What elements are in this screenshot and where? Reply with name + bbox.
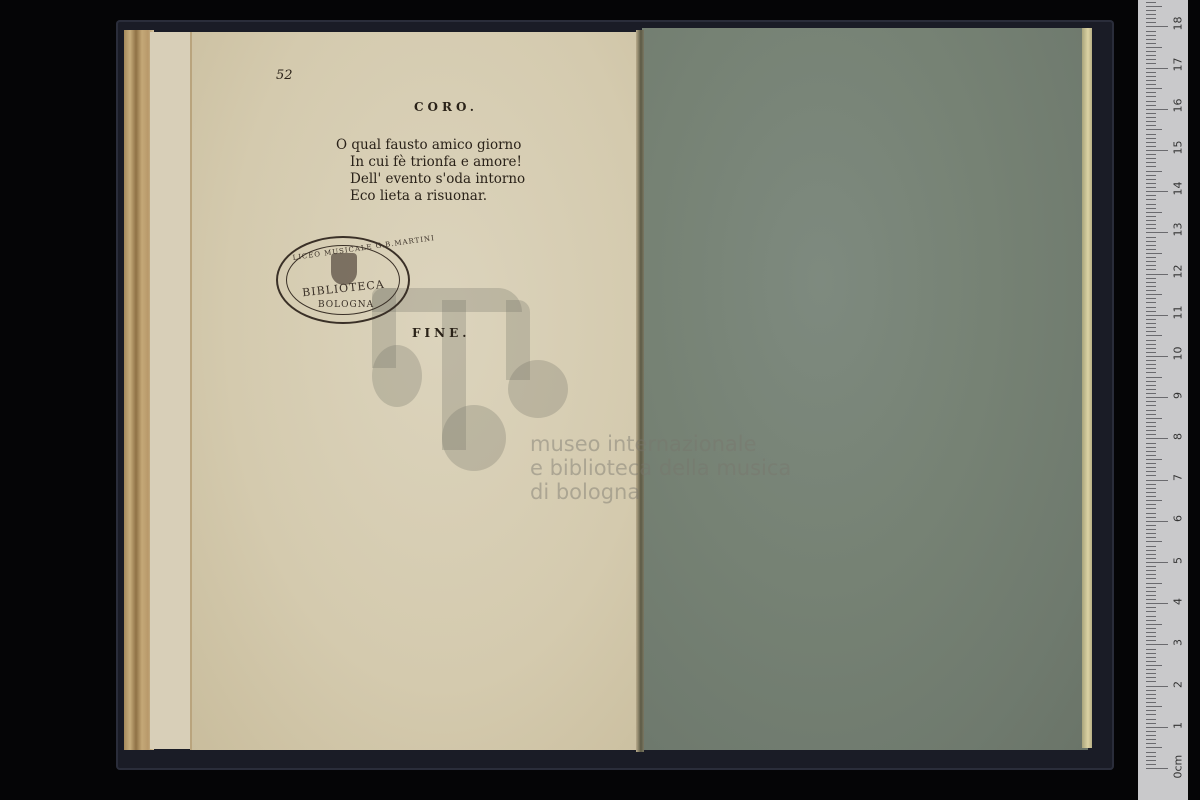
ruler-tick	[1146, 661, 1156, 662]
ruler-tick	[1146, 731, 1156, 732]
ruler-tick	[1146, 566, 1156, 567]
ruler-tick	[1146, 475, 1156, 476]
ruler-tick	[1146, 377, 1162, 378]
ruler-tick	[1146, 541, 1162, 542]
ruler-tick	[1146, 533, 1156, 534]
ruler-tick	[1146, 344, 1156, 345]
ruler-tick	[1146, 150, 1168, 151]
ruler-tick	[1146, 51, 1156, 52]
ruler-tick	[1146, 410, 1156, 411]
ruler-tick	[1146, 245, 1156, 246]
ruler-tick	[1146, 426, 1156, 427]
ruler-tick	[1146, 628, 1156, 629]
ruler-label: 1	[1172, 716, 1185, 736]
ruler-tick	[1146, 47, 1162, 48]
ruler-tick	[1146, 199, 1156, 200]
ruler-tick	[1146, 529, 1156, 530]
ruler-tick	[1146, 241, 1156, 242]
ruler-tick	[1146, 735, 1156, 736]
ruler-tick	[1146, 6, 1162, 7]
ruler-tick	[1146, 599, 1156, 600]
ruler-tick	[1146, 422, 1156, 423]
ruler-tick	[1146, 636, 1156, 637]
ruler-tick	[1146, 669, 1156, 670]
ruler-tick	[1146, 521, 1168, 522]
ruler-tick	[1146, 467, 1156, 468]
ruler-tick	[1146, 496, 1156, 497]
ruler-tick	[1146, 537, 1156, 538]
ruler-tick	[1146, 504, 1156, 505]
ending-text: FINE.	[412, 326, 470, 340]
ruler-tick	[1146, 175, 1156, 176]
ruler-tick	[1146, 113, 1156, 114]
ruler-label: 0cm	[1172, 759, 1185, 779]
ruler-tick	[1146, 191, 1168, 192]
ruler-tick	[1146, 488, 1156, 489]
right-page-edge	[1082, 28, 1092, 748]
ruler-label: 9	[1172, 386, 1185, 406]
ruler-tick	[1146, 166, 1156, 167]
ruler-tick	[1146, 649, 1156, 650]
ruler-tick	[1146, 513, 1156, 514]
ruler-tick	[1146, 232, 1168, 233]
ruler-label: 2	[1172, 675, 1185, 695]
ruler-tick	[1146, 595, 1156, 596]
ruler-tick	[1146, 743, 1156, 744]
ruler-tick	[1146, 389, 1156, 390]
ruler-tick	[1146, 298, 1156, 299]
ruler-tick	[1146, 764, 1156, 765]
ruler-tick	[1146, 14, 1156, 15]
ruler-label: 13	[1172, 220, 1185, 240]
ruler-tick	[1146, 195, 1156, 196]
ruler-tick	[1146, 26, 1168, 27]
ruler-tick	[1146, 368, 1156, 369]
section-heading: CORO.	[414, 100, 478, 114]
ruler-tick	[1146, 302, 1156, 303]
watermark-text: museo internazionale e biblioteca della …	[530, 432, 791, 504]
ruler-tick	[1146, 323, 1156, 324]
ruler-tick	[1146, 632, 1156, 633]
ruler-tick	[1146, 109, 1168, 110]
ruler-label: 6	[1172, 509, 1185, 529]
ruler-label: 15	[1172, 138, 1185, 158]
ruler-tick	[1146, 517, 1156, 518]
ruler-tick	[1146, 397, 1168, 398]
ruler-tick	[1146, 405, 1156, 406]
ruler-tick	[1146, 249, 1156, 250]
ruler-tick	[1146, 710, 1156, 711]
ruler-tick	[1146, 443, 1156, 444]
ruler-tick	[1146, 224, 1156, 225]
ruler-tick	[1146, 162, 1156, 163]
ruler-tick	[1146, 55, 1156, 56]
ruler-tick	[1146, 508, 1156, 509]
ruler-label: 14	[1172, 179, 1185, 199]
ruler-tick	[1146, 723, 1156, 724]
ruler-label: 7	[1172, 468, 1185, 488]
ruler-label: 16	[1172, 96, 1185, 116]
ruler-tick	[1146, 624, 1162, 625]
ruler-tick	[1146, 88, 1162, 89]
ruler-tick	[1146, 558, 1156, 559]
ruler-tick	[1146, 447, 1156, 448]
ruler-tick	[1146, 583, 1162, 584]
ruler-label: 5	[1172, 551, 1185, 571]
ruler-tick	[1146, 274, 1168, 275]
ruler-tick	[1146, 451, 1156, 452]
ruler-tick	[1146, 257, 1156, 258]
ruler-tick	[1146, 459, 1162, 460]
ruler-tick	[1146, 80, 1156, 81]
ruler-tick	[1146, 315, 1168, 316]
ruler-label: 12	[1172, 262, 1185, 282]
ruler-tick	[1146, 59, 1156, 60]
ruler-tick	[1146, 39, 1156, 40]
ruler-tick	[1146, 438, 1168, 439]
watermark-line: di bologna	[530, 480, 791, 504]
ruler-tick	[1146, 611, 1156, 612]
ruler-tick	[1146, 455, 1156, 456]
ruler-tick	[1146, 352, 1156, 353]
ruler-tick	[1146, 381, 1156, 382]
ruler-tick	[1146, 101, 1156, 102]
ruler-tick	[1146, 702, 1156, 703]
ruler-tick	[1146, 587, 1156, 588]
ruler-tick	[1146, 500, 1162, 501]
ruler-tick	[1146, 269, 1156, 270]
ruler-tick	[1146, 265, 1156, 266]
ruler-tick	[1146, 578, 1156, 579]
ruler-tick	[1146, 92, 1156, 93]
ruler-tick	[1146, 747, 1162, 748]
ruler-tick	[1146, 356, 1168, 357]
ruler-tick	[1146, 620, 1156, 621]
verse-line: Dell' evento s'oda intorno	[350, 171, 525, 188]
ruler-tick	[1146, 105, 1156, 106]
stamp-bottom-text: BOLOGNA	[318, 300, 374, 310]
ruler-tick	[1146, 142, 1156, 143]
ruler-tick	[1146, 10, 1156, 11]
ruler-tick	[1146, 686, 1168, 687]
ruler-tick	[1146, 183, 1156, 184]
watermark-line: museo internazionale	[530, 432, 791, 456]
ruler-tick	[1146, 134, 1156, 135]
ruler-tick	[1146, 84, 1156, 85]
ruler-tick	[1146, 414, 1156, 415]
ruler-tick	[1146, 570, 1156, 571]
verse-line: In cui fè trionfa e amore!	[350, 154, 522, 171]
ruler-tick	[1146, 681, 1156, 682]
ruler-tick	[1146, 158, 1156, 159]
ruler-tick	[1146, 385, 1156, 386]
ruler-tick	[1146, 2, 1156, 3]
ruler-tick	[1146, 72, 1156, 73]
ruler-tick	[1146, 307, 1156, 308]
ruler-tick	[1146, 463, 1156, 464]
ruler-tick	[1146, 591, 1156, 592]
ruler-tick	[1146, 335, 1162, 336]
watermark-line: e biblioteca della musica	[530, 456, 791, 480]
ruler-tick	[1146, 96, 1156, 97]
ruler-tick	[1146, 690, 1156, 691]
ruler-tick	[1146, 644, 1168, 645]
ruler-tick	[1146, 714, 1156, 715]
ruler-tick	[1146, 739, 1156, 740]
ruler-tick	[1146, 653, 1156, 654]
ruler-tick	[1146, 22, 1156, 23]
ruler-tick	[1146, 187, 1156, 188]
ruler-tick	[1146, 768, 1168, 769]
ruler-tick	[1146, 574, 1156, 575]
ruler-tick	[1146, 706, 1162, 707]
right-page-endpaper	[642, 28, 1088, 750]
ruler-tick	[1146, 393, 1156, 394]
ruler-tick	[1146, 204, 1156, 205]
ruler-tick	[1146, 18, 1156, 19]
ruler-tick	[1146, 340, 1156, 341]
ruler-label: 11	[1172, 303, 1185, 323]
verse-line: Eco lieta a risuonar.	[350, 188, 487, 205]
ruler-label: 8	[1172, 427, 1185, 447]
ruler-tick	[1146, 727, 1168, 728]
ruler-tick	[1146, 125, 1156, 126]
ruler-tick	[1146, 208, 1156, 209]
ruler-tick	[1146, 171, 1162, 172]
ruler-tick	[1146, 311, 1156, 312]
ruler-tick	[1146, 179, 1156, 180]
ruler-tick	[1146, 76, 1156, 77]
ruler-tick	[1146, 401, 1156, 402]
ruler-tick	[1146, 480, 1168, 481]
ruler-tick	[1146, 471, 1156, 472]
ruler-tick	[1146, 31, 1156, 32]
ruler-tick	[1146, 364, 1156, 365]
ruler-tick	[1146, 286, 1156, 287]
ruler-tick	[1146, 331, 1156, 332]
ruler-tick	[1146, 278, 1156, 279]
ruler-tick	[1146, 616, 1156, 617]
ruler-tick	[1146, 43, 1156, 44]
ruler-tick	[1146, 261, 1156, 262]
ruler-tick	[1146, 294, 1162, 295]
ruler-tick	[1146, 562, 1168, 563]
ruler-tick	[1146, 698, 1156, 699]
measurement-ruler: 0cm 1 2 3 4 5 6 7 8 9 10 11 12 13 14 15 …	[1138, 0, 1188, 800]
ruler-tick	[1146, 63, 1156, 64]
ruler-tick	[1146, 694, 1156, 695]
ruler-tick	[1146, 212, 1162, 213]
ruler-tick	[1146, 319, 1156, 320]
ruler-tick	[1146, 129, 1162, 130]
ruler-tick	[1146, 121, 1156, 122]
ruler-tick	[1146, 550, 1156, 551]
ruler-tick	[1146, 719, 1156, 720]
verse-line: O qual fausto amico giorno	[336, 137, 521, 154]
ruler-tick	[1146, 430, 1156, 431]
ruler-tick	[1146, 640, 1156, 641]
ruler-tick	[1146, 282, 1156, 283]
ruler-tick	[1146, 372, 1156, 373]
ruler-tick	[1146, 607, 1156, 608]
ruler-tick	[1146, 348, 1156, 349]
ruler-tick	[1146, 220, 1156, 221]
ruler-tick	[1146, 327, 1156, 328]
ruler-tick	[1146, 525, 1156, 526]
ruler-tick	[1146, 665, 1162, 666]
ruler-tick	[1146, 434, 1156, 435]
ruler-tick	[1146, 216, 1156, 217]
ruler-tick	[1146, 138, 1156, 139]
ruler-tick	[1146, 253, 1162, 254]
ruler-label: 4	[1172, 592, 1185, 612]
ruler-tick	[1146, 117, 1156, 118]
ruler-tick	[1146, 677, 1156, 678]
ruler-tick	[1146, 492, 1156, 493]
page-number: 52	[276, 68, 293, 83]
ruler-tick	[1146, 360, 1156, 361]
ruler-tick	[1146, 546, 1156, 547]
ruler-tick	[1146, 290, 1156, 291]
ruler-tick	[1146, 146, 1156, 147]
ruler-label: 18	[1172, 14, 1185, 34]
ruler-tick	[1146, 418, 1162, 419]
ruler-tick	[1146, 673, 1156, 674]
ruler-tick	[1146, 752, 1156, 753]
ruler-label: 17	[1172, 55, 1185, 75]
ruler-tick	[1146, 68, 1168, 69]
ruler-tick	[1146, 237, 1156, 238]
ruler-tick	[1146, 35, 1156, 36]
ruler-tick	[1146, 484, 1156, 485]
ruler-tick	[1146, 760, 1156, 761]
ruler-label: 10	[1172, 344, 1185, 364]
ruler-tick	[1146, 603, 1168, 604]
ruler-tick	[1146, 657, 1156, 658]
ruler-tick	[1146, 756, 1156, 757]
ruler-tick	[1146, 554, 1156, 555]
ruler-label: 3	[1172, 633, 1185, 653]
book-gutter	[636, 30, 644, 752]
ruler-tick	[1146, 154, 1156, 155]
ruler-tick	[1146, 228, 1156, 229]
